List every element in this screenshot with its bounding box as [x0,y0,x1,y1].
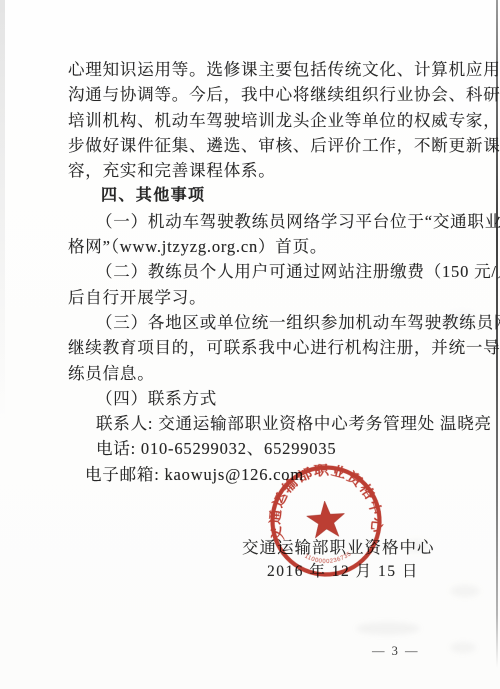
document-body: 心理知识运用等。选修课主要包括传统文化、计算机应用基础、 沟通与协调等。今后，我… [68,57,460,487]
seal-serial-number: 1100000236735 [303,550,353,566]
scan-smudge [450,642,476,653]
text-line: 沟通与协调等。今后，我中心将继续组织行业协会、科研院校、 [68,82,460,107]
section-heading: 四、其他事项 [68,183,460,208]
seal-star-icon [306,500,346,539]
svg-text:1100000236735: 1100000236735 [303,550,353,566]
scanned-document-page: 心理知识运用等。选修课主要包括传统文化、计算机应用基础、 沟通与协调等。今后，我… [0,0,500,689]
text-line: 容，充实和完善课程体系。 [68,158,460,183]
text-line: （三）各地区或单位统一组织参加机动车驾驶教练员网络 [68,310,460,335]
scan-smudge [356,622,420,635]
text-line: 练员信息。 [68,361,460,386]
text-line: （一）机动车驾驶教练员网络学习平台位于“交通职业资 [68,209,460,234]
page-number: — 3 — [372,644,420,659]
contact-person-line: 联系人: 交通运输部职业资格中心考务管理处 温晓亮 [68,411,460,436]
text-line: 继续教育项目的，可联系我中心进行机构注册，并统一导入教 [68,335,460,360]
text-line: 步做好课件征集、遴选、审核、后评价工作，不断更新课件内 [68,133,460,158]
official-seal: 交通运输部职业资格中心 1100000236735 [262,457,390,585]
text-line: （二）教练员个人用户可通过网站注册缴费（150 元/人） [68,259,460,284]
text-line: 培训机构、机动车驾驶培训龙头企业等单位的权威专家，进一 [68,108,460,133]
contact-phone-line: 电话: 010-65299032、65299035 [68,436,460,461]
scan-left-edge-artifact [0,0,5,420]
text-line: 心理知识运用等。选修课主要包括传统文化、计算机应用基础、 [68,57,460,82]
text-line: （四）联系方式 [68,386,460,411]
scan-smudge [450,585,480,597]
text-line: 格网”（www.jtzyzg.org.cn）首页。 [68,234,460,259]
text-line: 后自行开展学习。 [68,285,460,310]
